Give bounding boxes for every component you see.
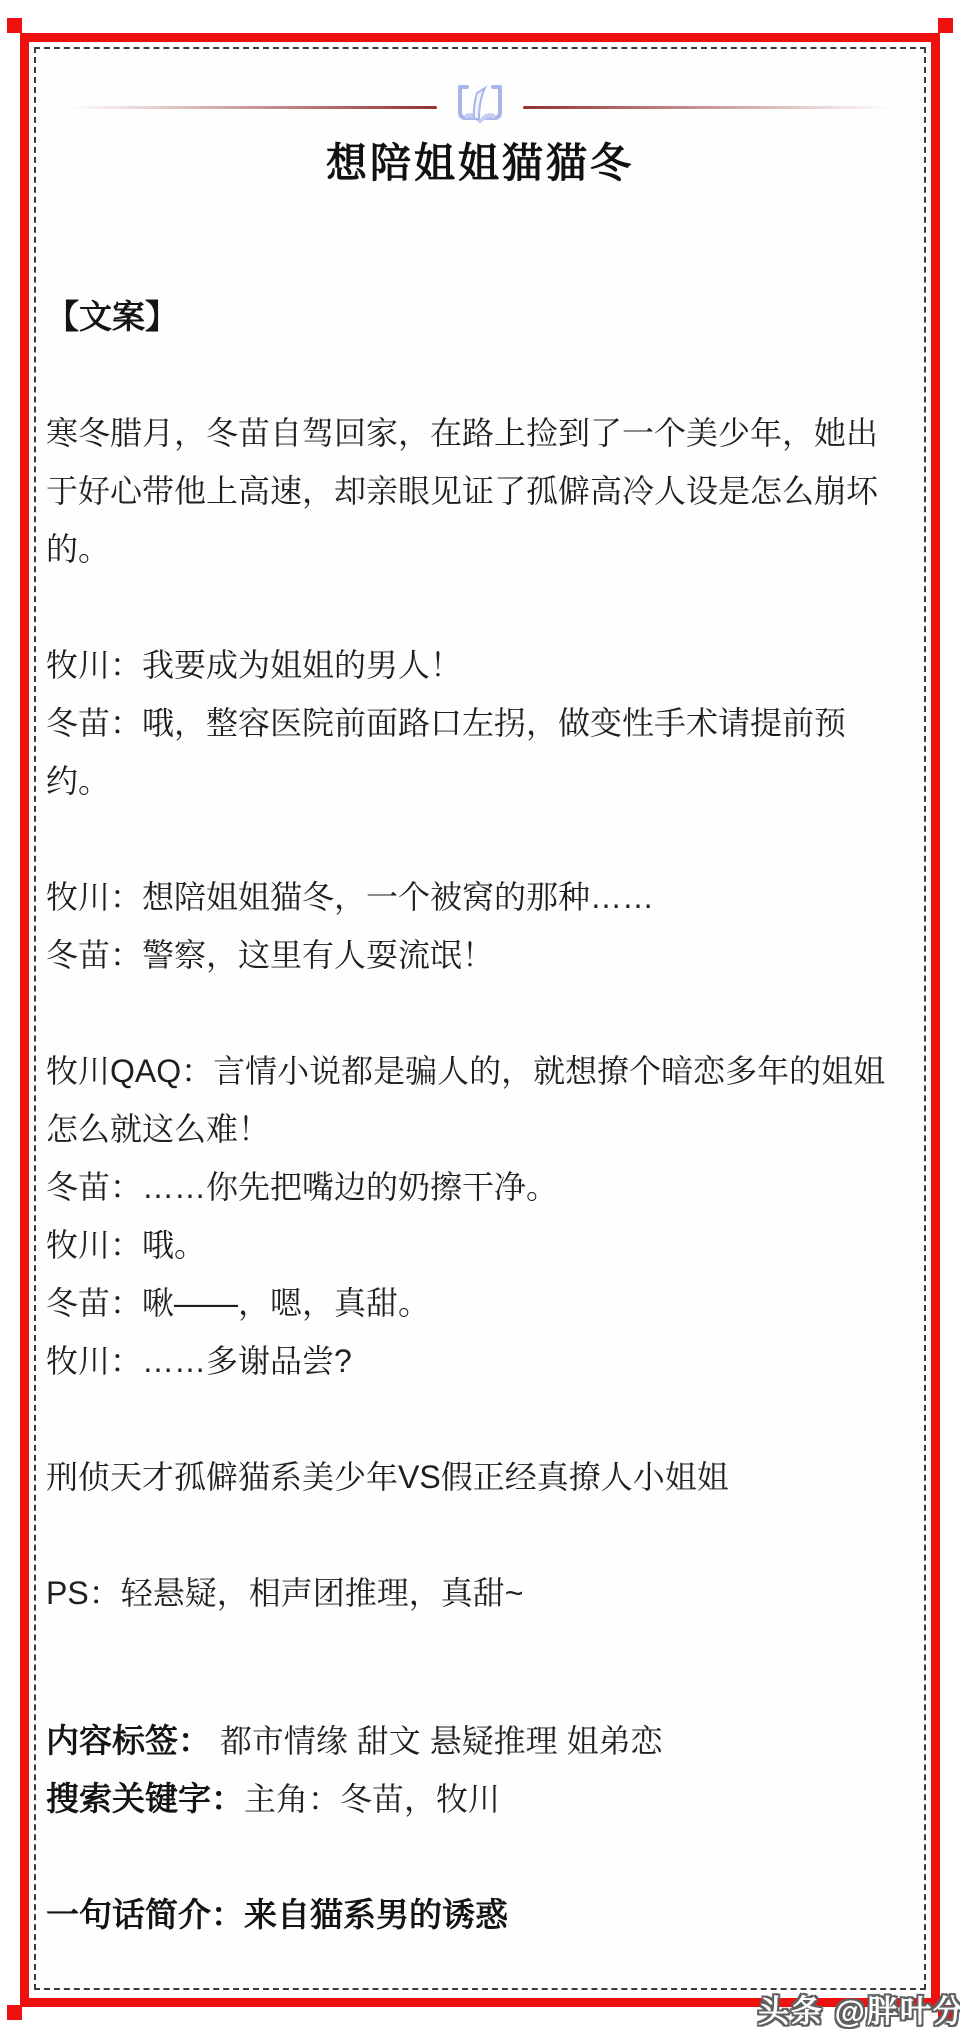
synopsis-dialogue-1: 牧川：我要成为姐姐的男人！ 冬苗：哦，整容医院前面路口左拐，做变性手术请提前预约… bbox=[46, 636, 902, 810]
ps-note: PS：轻悬疑，相声团推理，真甜~ bbox=[46, 1564, 902, 1622]
corner-accent-bottom-left bbox=[7, 2005, 22, 2020]
open-book-icon bbox=[452, 82, 508, 130]
search-keywords-row: 搜索关键字：主角：冬苗，牧川 bbox=[46, 1770, 902, 1828]
content-tags-label: 内容标签： bbox=[46, 1722, 211, 1759]
header-divider-left bbox=[70, 106, 437, 109]
toutiao-watermark: 头条 @胖叶分享 bbox=[758, 1986, 960, 2031]
page-title: 想陪姐姐猫猫冬 bbox=[0, 130, 960, 189]
corner-accent-top-right bbox=[938, 18, 953, 33]
header-divider-right bbox=[523, 106, 890, 109]
content-tags-row: 内容标签： 都市情缘 甜文 悬疑推理 姐弟恋 bbox=[46, 1712, 902, 1770]
synopsis-body: 【文案】 寒冬腊月，冬苗自驾回家，在路上捡到了一个美少年，她出于好心带他上高速，… bbox=[46, 288, 902, 2002]
search-keywords-label: 搜索关键字： bbox=[46, 1780, 244, 1817]
corner-accent-top-left bbox=[7, 18, 22, 33]
synopsis-section-label: 【文案】 bbox=[46, 288, 902, 346]
search-keywords-value: 主角：冬苗，牧川 bbox=[244, 1781, 500, 1817]
one-line-summary: 一句话简介：来自猫系男的诱惑 bbox=[46, 1886, 902, 1944]
promo-card-page: 想陪姐姐猫猫冬 【文案】 寒冬腊月，冬苗自驾回家，在路上捡到了一个美少年，她出于… bbox=[0, 0, 960, 2040]
synopsis-paragraph-intro: 寒冬腊月，冬苗自驾回家，在路上捡到了一个美少年，她出于好心带他上高速，却亲眼见证… bbox=[46, 404, 902, 578]
vs-tagline: 刑侦天才孤僻猫系美少年VS假正经真撩人小姐姐 bbox=[46, 1448, 902, 1506]
synopsis-dialogue-3: 牧川QAQ：言情小说都是骗人的，就想撩个暗恋多年的姐姐怎么就这么难！ 冬苗：……… bbox=[46, 1042, 902, 1390]
synopsis-dialogue-2: 牧川：想陪姐姐猫冬，一个被窝的那种…… 冬苗：警察，这里有人耍流氓！ bbox=[46, 868, 902, 984]
content-tags-value: 都市情缘 甜文 悬疑推理 姐弟恋 bbox=[211, 1723, 663, 1759]
